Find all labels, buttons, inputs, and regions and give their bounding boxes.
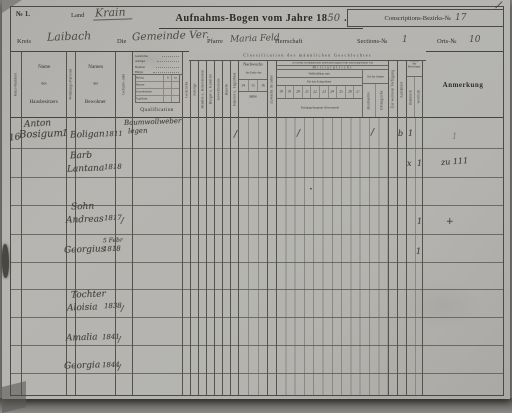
land-value-handwritten: Krain (93, 5, 132, 20)
military-line4: Für den Kriegsdienst (307, 80, 331, 83)
table-cell (11, 263, 21, 290)
pfarre-label: Pfarre (207, 38, 223, 45)
table-cell (215, 149, 222, 178)
table-cell (199, 263, 206, 290)
table-cell (116, 318, 132, 346)
table-cell (389, 290, 397, 318)
table-cell (207, 318, 214, 346)
table-cell (76, 318, 115, 346)
table-cell (231, 346, 238, 374)
table-cell (223, 178, 230, 206)
table-cell (277, 118, 388, 149)
column-body (76, 118, 115, 395)
classification-band-title: Classification des männlichen Geschlecht… (243, 53, 372, 57)
birth-year-header: Geburts-Jahr (122, 74, 126, 95)
rotated-header: Häusler u. Taglöhner (233, 73, 237, 107)
dwelling-parties-header: Wohnungs-Parteien (69, 69, 73, 100)
table-cell (268, 374, 276, 395)
table-cell (116, 235, 132, 263)
table-cell (215, 263, 222, 290)
sheet-number: № 1. (16, 10, 30, 18)
column-class-burghers: Bürger u. Künstler (207, 52, 215, 395)
military-line3: Waffenfähige zum (309, 72, 330, 75)
age-cell: 14 (241, 84, 245, 88)
table-cell (116, 149, 132, 178)
table-cell (11, 118, 21, 149)
table-cell (67, 118, 75, 149)
column-body (215, 118, 222, 395)
table-cell (277, 290, 388, 318)
offspring-title: Nachwuchs (243, 63, 263, 67)
residents-header-line3: Bewohner (85, 100, 106, 105)
table-cell (423, 263, 503, 290)
age-cell: 25 (339, 91, 343, 95)
table-cell (398, 178, 406, 206)
rotated-header: Zuwachs im Jahre (270, 75, 274, 104)
military-main: Waffenfähige zum Für den Kriegsdienst 18… (277, 70, 363, 117)
column-class-clergy: Geistliche (183, 52, 191, 395)
table-cell (268, 263, 276, 290)
land-label: Land (71, 12, 84, 19)
table-cell (268, 118, 276, 149)
column-resident-totals: Summe der Bewohner männlich weiblich (407, 52, 423, 395)
table-cell (199, 318, 206, 346)
table-cell (407, 263, 422, 290)
table-cell (116, 263, 132, 290)
column-body (207, 118, 214, 395)
table-cell (183, 374, 190, 395)
herrschaft-label: Herrschaft (275, 38, 302, 45)
table-cell (231, 149, 238, 178)
table-cell (215, 374, 222, 395)
qual-line: Beamter (135, 66, 145, 69)
rotated-header: Beamte u. Honoratioren (201, 70, 205, 109)
table-cell (116, 374, 132, 395)
column-body (407, 118, 422, 395)
table-cell (231, 235, 238, 263)
table-cell (22, 346, 66, 374)
table-cell (116, 118, 132, 149)
table-cell (389, 149, 397, 178)
table-cell (239, 318, 267, 346)
table-cell (239, 346, 267, 374)
column-body (22, 118, 66, 395)
table-cell (407, 290, 422, 318)
table-cell (133, 118, 182, 149)
table-cell (67, 149, 75, 178)
sections-value-handwritten: 1 (402, 35, 408, 45)
age-cell: 22 (313, 91, 317, 95)
table-cell (239, 263, 267, 290)
table-cell (407, 118, 422, 149)
rotated-header: Adelige (193, 83, 197, 96)
table-cell (268, 149, 276, 178)
table-cell (22, 149, 66, 178)
table-cell (268, 206, 276, 235)
gemeinde-label: Die (117, 38, 126, 45)
title-year-handwritten: 50 (327, 13, 340, 24)
table-cell (76, 374, 115, 395)
table-cell (268, 290, 276, 318)
table-cell (268, 346, 276, 374)
column-body (423, 118, 503, 395)
conscription-label: Conscriptions-Bezirks-№ (385, 15, 452, 22)
house-number-header: Haus-Nummer (14, 73, 18, 96)
table-cell (398, 374, 406, 395)
column-body (67, 118, 75, 395)
age-cell: 15 (251, 84, 255, 88)
table-cell (231, 290, 238, 318)
table-cell (231, 118, 238, 149)
table-cell (398, 118, 406, 149)
table-cell (11, 235, 21, 263)
table-cell (389, 118, 397, 149)
table-cell (133, 206, 182, 235)
table-cell (191, 263, 198, 290)
table-cell (239, 374, 267, 395)
table-cell (223, 206, 230, 235)
table-cell (191, 346, 198, 374)
column-dwelling-parties: Wohnungs-Parteien (67, 52, 76, 395)
table-cell (389, 178, 397, 206)
table-cell (199, 118, 206, 149)
table-cell (133, 346, 182, 374)
table-cell (191, 178, 198, 206)
age-cell: 21 (305, 91, 309, 95)
table-cell (423, 149, 503, 178)
table-cell (133, 235, 182, 263)
military-tiny-text: In soferne bei männlichen Individuen zug… (292, 62, 373, 65)
table-cell (277, 346, 388, 374)
column-body (116, 118, 132, 395)
column-body (11, 118, 21, 395)
table-cell (207, 149, 214, 178)
table-cell (133, 374, 182, 395)
qualification-label: Qualification (141, 107, 175, 112)
table-cell (239, 149, 267, 178)
qual-line: Geistlicher (135, 55, 148, 58)
table-cell (223, 149, 230, 178)
offspring-foot: Jahre (244, 95, 261, 99)
table-cell (199, 178, 206, 206)
table-cell (22, 206, 66, 235)
column-class-tradesmen: Gewerbsleute (215, 52, 223, 395)
rotated-header: Untaugliche (380, 91, 384, 111)
rotated-header: Gewerbsleute (217, 79, 221, 101)
table-cell (268, 318, 276, 346)
table-cell (191, 374, 198, 395)
kreis-label: Kreis (17, 38, 31, 45)
table-cell (22, 178, 66, 206)
residents-header-line2: der (93, 83, 98, 87)
age-cell: 16 (261, 84, 265, 88)
table-cell (133, 178, 182, 206)
table-cell (215, 206, 222, 235)
age-cell: 18 (279, 91, 283, 95)
owner-header-line3: Hausbesitzers (30, 100, 58, 105)
table-cell (215, 178, 222, 206)
offspring-subtitle: bis Ende des (246, 71, 261, 74)
table-cell (207, 290, 214, 318)
rotated-header: weiblich (417, 90, 421, 104)
table-cell (277, 149, 388, 178)
table-cell (223, 290, 230, 318)
table-cell (407, 149, 422, 178)
table-cell (67, 290, 75, 318)
age-cell: 23 (322, 91, 326, 95)
column-class-laborers: Häusler u. Taglöhner (231, 52, 239, 395)
column-class-officials: Beamte u. Honoratioren (199, 52, 207, 395)
column-body (239, 118, 267, 395)
column-body (231, 118, 238, 395)
table-cell (183, 263, 190, 290)
table-cell (183, 235, 190, 263)
table-cell (223, 235, 230, 263)
rotated-header: männlich (409, 90, 413, 105)
table-cell (231, 206, 238, 235)
rotated-header: Bürger u. Künstler (209, 74, 213, 104)
column-military-classification: In soferne bei männlichen Individuen zug… (277, 52, 389, 395)
table-cell (67, 178, 75, 206)
table-cell (207, 346, 214, 374)
table-cell (389, 318, 397, 346)
table-cell (239, 118, 267, 149)
table-cell (199, 374, 206, 395)
table-cell (76, 149, 115, 178)
table-cell (277, 178, 388, 206)
table-cell (239, 178, 267, 206)
table-cell (398, 235, 406, 263)
rotated-header: Ausländer (400, 81, 404, 97)
orts-value-handwritten: 10 (469, 35, 480, 45)
table-cell (207, 263, 214, 290)
table-cell (268, 235, 276, 263)
table-cell (223, 263, 230, 290)
table-cell (423, 178, 503, 206)
column-body (268, 118, 276, 395)
table-cell (407, 318, 422, 346)
census-form: № 1. Land Krain Aufnahms-Bogen vom Jahre… (10, 6, 504, 396)
table-cell (215, 318, 222, 346)
table-cell (215, 346, 222, 374)
table-cell (215, 235, 222, 263)
military-foot: Kriegsgefangene Abwesende (300, 107, 338, 110)
column-offspring: Nachwuchs bis Ende des 14 15 16 Jahre (239, 52, 268, 395)
table-cell (277, 374, 388, 395)
table-cell (398, 346, 406, 374)
table-cell (407, 206, 422, 235)
rotated-header: Bauern (225, 84, 229, 95)
table-cell (67, 263, 75, 290)
table-cell (407, 178, 422, 206)
table-cell (423, 346, 503, 374)
column-body (389, 118, 397, 395)
title-text: Aufnahms-Bogen vom Jahre 18 (175, 13, 327, 24)
rotated-header: Geistliche (185, 81, 189, 97)
column-class-nobility: Adelige (191, 52, 199, 395)
table-cell (398, 263, 406, 290)
table-cell (133, 290, 182, 318)
remarks-header: Anmerkung (443, 81, 484, 89)
table-cell (133, 263, 182, 290)
table-cell (268, 178, 276, 206)
kreis-value-handwritten: Laibach (47, 29, 92, 44)
classification-band: Classification des männlichen Geschlecht… (189, 51, 426, 61)
table-cell (398, 290, 406, 318)
table-cell (191, 318, 198, 346)
column-body (277, 118, 388, 395)
mini-col-fl: fl (167, 77, 169, 80)
table-cell (223, 346, 230, 374)
table-cell (191, 206, 198, 235)
table-cell (207, 235, 214, 263)
column-increase: Zuwachs im Jahre (268, 52, 277, 395)
table-cell (277, 235, 388, 263)
table-cell (223, 118, 230, 149)
mini-row: Gewerbsleute (136, 91, 152, 94)
scanned-census-sheet: № 1. Land Krain Aufnahms-Bogen vom Jahre… (0, 0, 512, 413)
residents-header-line1: Namen (88, 64, 103, 69)
table-cell (22, 263, 66, 290)
table-cell (389, 346, 397, 374)
table-cell (11, 290, 21, 318)
pfarre-value-handwritten: Maria Feld (230, 33, 280, 45)
table-cell (389, 235, 397, 263)
mini-col-kr: kr (174, 77, 177, 80)
scan-background (0, 398, 512, 413)
table-cell (423, 290, 503, 318)
table-cell (76, 290, 115, 318)
table-cell (207, 178, 214, 206)
table-cell (76, 263, 115, 290)
mini-table-header: Betrag (136, 77, 144, 80)
qual-line: Adeliger (135, 60, 146, 63)
mini-row: Bauern (136, 84, 144, 87)
table-cell (423, 374, 503, 395)
table-cell (67, 374, 75, 395)
table-cell (239, 206, 267, 235)
table-cell (76, 235, 115, 263)
table-cell (277, 263, 388, 290)
table-cell (398, 318, 406, 346)
table-cell (215, 118, 222, 149)
column-further-disposal: Zur weiteren Verfügung (389, 52, 398, 395)
table-cell (116, 346, 132, 374)
table-cell (207, 206, 214, 235)
column-birth-year: Geburts-Jahr (116, 52, 133, 395)
conscription-value-handwritten: 17 (455, 13, 466, 23)
table-cell (76, 118, 115, 149)
table-cell (277, 318, 388, 346)
form-header: № 1. Land Krain Aufnahms-Bogen vom Jahre… (11, 7, 503, 51)
table-cell (423, 235, 503, 263)
table-cell (76, 346, 115, 374)
table-cell (22, 374, 66, 395)
table-cell (239, 235, 267, 263)
column-body (398, 118, 406, 395)
table-cell (183, 149, 190, 178)
table-cell (207, 118, 214, 149)
table-cell (277, 206, 388, 235)
rotated-header: Zur weiteren Verfügung (391, 70, 395, 108)
military-side-box: für die Armee Beurlaubte Untaugliche (363, 70, 388, 117)
form-title: Aufnahms-Bogen vom Jahre 1850 . (159, 8, 363, 29)
table-cell (67, 235, 75, 263)
column-residents: Namen der Bewohner (76, 52, 116, 395)
table-cell (11, 318, 21, 346)
table-cell (76, 178, 115, 206)
age-cell: 24 (330, 91, 334, 95)
table-cell (407, 346, 422, 374)
table-cell (199, 290, 206, 318)
qualification-mini-table: Betragflkr Bauern Gewerbsleute Taglöhner (135, 75, 180, 103)
column-body (191, 118, 198, 395)
column-body (183, 118, 190, 395)
age-cell: 20 (296, 91, 300, 95)
column-body (223, 118, 230, 395)
table-cell (183, 178, 190, 206)
owner-header-line2: des (41, 83, 46, 87)
mini-row: Taglöhner (136, 98, 148, 101)
sections-label: Sections-№ (357, 38, 387, 45)
military-spaced-title: Militärpflicht (312, 66, 352, 70)
table-cell (199, 346, 206, 374)
table-cell (76, 206, 115, 235)
table-cell (407, 235, 422, 263)
column-house-owner: Name des Hausbesitzers (22, 52, 67, 395)
table-cell (215, 290, 222, 318)
age-cell: 19 (288, 91, 292, 95)
table-cell (231, 318, 238, 346)
table-cell (67, 346, 75, 374)
table-cell (22, 318, 66, 346)
table-cell (231, 374, 238, 395)
table-cell (116, 290, 132, 318)
table-cell (116, 178, 132, 206)
table-cell (22, 235, 66, 263)
table-cell (133, 149, 182, 178)
table-cell (231, 178, 238, 206)
age-cell: 26 (348, 91, 352, 95)
table-cell (133, 318, 182, 346)
table-cell (398, 149, 406, 178)
military-age-cells: 18 19 20 21 22 23 24 25 26 27 (277, 86, 362, 99)
table-cell (183, 318, 190, 346)
table-cell (231, 263, 238, 290)
table-cell (11, 178, 21, 206)
table-cell (11, 374, 21, 395)
table-cell (191, 290, 198, 318)
table-cell (183, 346, 190, 374)
table-cell (191, 118, 198, 149)
table-cell (423, 318, 503, 346)
age-cell: 27 (356, 91, 360, 95)
table-cell (239, 290, 267, 318)
table-cell (398, 206, 406, 235)
column-qualification: Geistlicher Adeliger Beamter Bürger Betr… (133, 52, 183, 395)
table-cell (389, 206, 397, 235)
table-cell (407, 374, 422, 395)
table-cell (11, 206, 21, 235)
table-cell (389, 374, 397, 395)
table-cell (199, 235, 206, 263)
table-cell (223, 318, 230, 346)
qual-line: Bürger (135, 71, 143, 74)
table-cell (389, 263, 397, 290)
table-cell (22, 290, 66, 318)
table-cell (423, 118, 503, 149)
table-cell (183, 206, 190, 235)
